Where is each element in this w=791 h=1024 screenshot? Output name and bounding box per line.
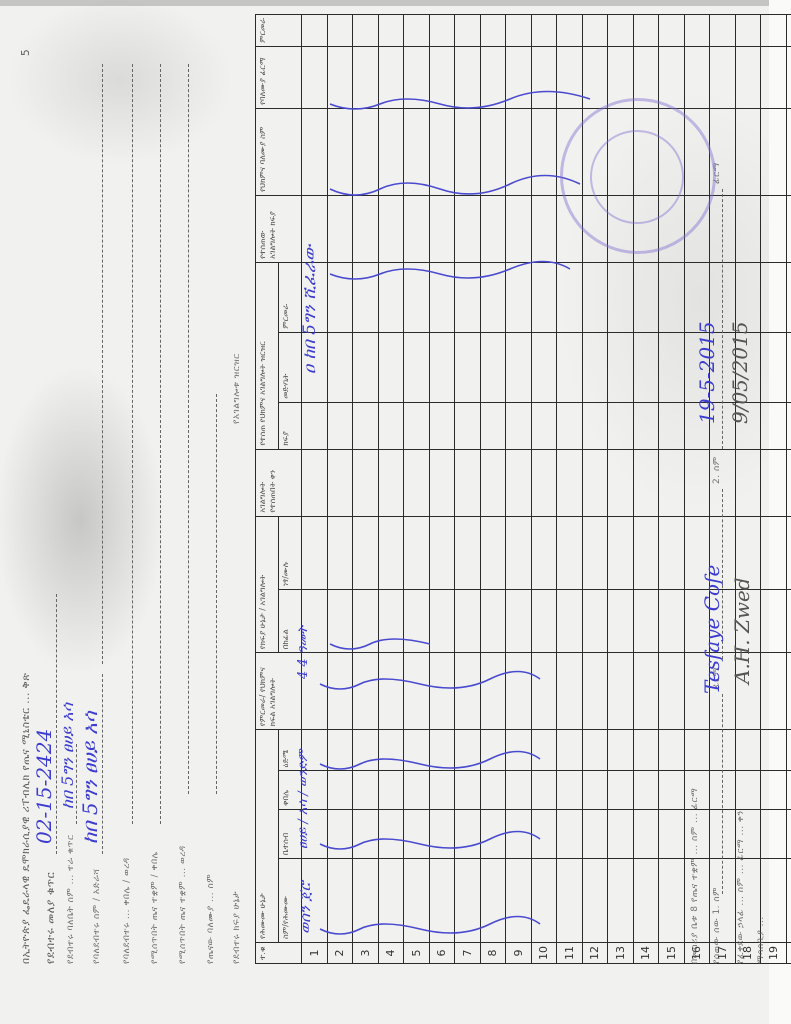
table-cell bbox=[659, 730, 685, 771]
table-cell bbox=[633, 402, 659, 449]
field-5-label: የሚሰጥበት ጤና ተቋም / ቀበሌ bbox=[150, 851, 160, 964]
table-cell bbox=[786, 402, 791, 449]
table-cell bbox=[684, 730, 710, 771]
table-cell bbox=[608, 332, 634, 402]
table-cell bbox=[761, 195, 787, 262]
subheader-free: ነፃ/ሙሉ bbox=[279, 516, 302, 589]
table-cell bbox=[633, 516, 659, 589]
field-6-line bbox=[188, 64, 189, 794]
header-practitioner-name: የህክምና ባለሙያ ስም bbox=[256, 108, 302, 195]
field-1-label: የደብተሩ መለያ ቁጥር bbox=[44, 872, 58, 964]
ditto-marks bbox=[300, 4, 600, 964]
table-cell bbox=[786, 262, 791, 332]
field-7-label: የጤናው ባለሙያ ... ስም bbox=[206, 874, 216, 964]
table-cell bbox=[786, 653, 791, 730]
header-service-fee: የተሰጠው አገልግሎት ክፍያ bbox=[256, 195, 302, 262]
table-cell bbox=[633, 590, 659, 653]
signature-2: A.H. Zwed bbox=[730, 577, 754, 684]
page-number: 5 bbox=[20, 49, 32, 56]
table-cell bbox=[786, 332, 791, 402]
table-cell bbox=[786, 859, 791, 943]
table-cell bbox=[735, 195, 761, 262]
row-number: 20 bbox=[786, 943, 791, 964]
table-cell bbox=[735, 449, 761, 516]
table-cell bbox=[735, 730, 761, 771]
table-cell bbox=[608, 859, 634, 943]
signature-1: Tesfaye Cofe bbox=[700, 565, 724, 694]
table-cell bbox=[761, 15, 787, 47]
table-cell bbox=[633, 262, 659, 332]
table-cell bbox=[761, 730, 787, 771]
field-3-line bbox=[102, 674, 103, 854]
field-7-line bbox=[216, 394, 217, 794]
table-cell bbox=[761, 590, 787, 653]
subheader-payment: ክፍያ bbox=[279, 402, 302, 449]
table-cell bbox=[761, 653, 787, 730]
table-cell bbox=[608, 730, 634, 771]
table-cell bbox=[761, 46, 787, 108]
table-cell bbox=[786, 730, 791, 771]
header-practitioner-signature: የባለሙያ ፊርማ bbox=[256, 46, 302, 108]
header-service-details: የተሰጠ የህክምና አገልግሎት ዝርዝር bbox=[256, 262, 279, 449]
table-cell bbox=[659, 809, 685, 858]
field-4-label: የባለደብተሩ ... ቀበሌ / ወረዳ bbox=[122, 857, 132, 964]
table-cell bbox=[786, 590, 791, 653]
section-label: የአገልግሎቱ ዝርዝር bbox=[232, 353, 242, 424]
table-cell bbox=[786, 809, 791, 858]
footer-line-4: ማሳሰቢያ ... bbox=[756, 916, 766, 964]
footer-line-2-dots-c bbox=[722, 189, 723, 449]
footer-line-2-dots-a bbox=[722, 694, 723, 894]
table-cell bbox=[659, 46, 685, 108]
field-1-line bbox=[56, 594, 57, 854]
field-6-label: የሚሰጥበት ጤና ተቋም ... ወረዳ bbox=[178, 845, 188, 964]
field-5-line bbox=[160, 64, 161, 824]
table-cell bbox=[659, 449, 685, 516]
table-cell bbox=[659, 859, 685, 943]
row-number: 13 bbox=[608, 943, 634, 964]
date-1: 19-5-2015 bbox=[695, 321, 719, 424]
table-cell bbox=[633, 771, 659, 809]
footer-line-3: የፈቀደው ኃላፊ ... ስም ... ፊርማ ... ቀን bbox=[736, 810, 746, 964]
header-patient: የሕሙሙ ሁኔታ bbox=[256, 730, 279, 943]
table-cell bbox=[608, 15, 634, 47]
table-cell bbox=[608, 262, 634, 332]
table-cell bbox=[786, 516, 791, 589]
table-row: 19 bbox=[761, 15, 787, 964]
table-cell bbox=[659, 771, 685, 809]
table-cell bbox=[735, 15, 761, 47]
field-2-value: ከበ 5ግን ፀሀይ አሳ bbox=[58, 703, 78, 809]
table-cell bbox=[684, 46, 710, 108]
table-cell bbox=[659, 590, 685, 653]
table-cell bbox=[633, 449, 659, 516]
table-cell bbox=[608, 809, 634, 858]
table-cell bbox=[633, 859, 659, 943]
table-cell bbox=[786, 771, 791, 809]
table-cell bbox=[786, 195, 791, 262]
header-remarks: ምርመራ bbox=[256, 15, 302, 47]
field-4-line bbox=[132, 64, 133, 824]
table-cell bbox=[761, 108, 787, 195]
table-cell bbox=[659, 332, 685, 402]
table-cell bbox=[633, 15, 659, 47]
table-cell bbox=[761, 402, 787, 449]
header-row-number: ተ.ቁ bbox=[256, 943, 302, 964]
subheader-exam: ምርመራ bbox=[279, 262, 302, 332]
table-cell bbox=[735, 46, 761, 108]
official-stamp-inner bbox=[590, 130, 684, 224]
date-2: 9/05/2015 bbox=[728, 321, 752, 424]
field-8-label: የደብተሩ ክፍያ ሁኔታ bbox=[232, 891, 242, 964]
table-cell bbox=[659, 15, 685, 47]
field-2-label: የደብተሩ ባለቤት ስም ... ተራ ቁጥር bbox=[66, 835, 76, 964]
table-cell bbox=[659, 516, 685, 589]
table-cell bbox=[735, 771, 761, 809]
table-cell bbox=[735, 108, 761, 195]
field-3-line-ext bbox=[102, 64, 103, 664]
subheader-medicine: መድሃኒት bbox=[279, 332, 302, 402]
footer-line-2-label: የሰጠው ሰው 1. ስም bbox=[712, 887, 722, 964]
table-cell bbox=[659, 402, 685, 449]
footer-line-1: በመስሪያ ቤቱ 8 የጤና ተቋም ... ስም ... ፊርማ bbox=[690, 788, 700, 964]
field-1-value: 02-15-2424 bbox=[32, 729, 56, 844]
header-exam-service: የምርመራ/ የህክምና ክፍል አገልግሎት bbox=[256, 653, 302, 730]
table-cell bbox=[761, 771, 787, 809]
footer-line-2-name2: 2. ስም bbox=[712, 456, 722, 484]
table-cell bbox=[786, 46, 791, 108]
table-cell bbox=[761, 516, 787, 589]
table-cell bbox=[786, 15, 791, 47]
table-cell bbox=[786, 108, 791, 195]
table-cell bbox=[608, 449, 634, 516]
table-cell bbox=[761, 449, 787, 516]
table-cell bbox=[608, 516, 634, 589]
table-cell bbox=[761, 332, 787, 402]
table-cell bbox=[786, 449, 791, 516]
table-cell bbox=[710, 15, 736, 47]
table-cell bbox=[633, 730, 659, 771]
header-payment-status: የክፍያ ሁኔታ / አገልግሎት bbox=[256, 516, 279, 653]
table-cell bbox=[710, 46, 736, 108]
table-cell bbox=[659, 262, 685, 332]
table-header-row: ተ.ቁ የሕሙሙ ሁኔታ የምርመራ/ የህክምና ክፍል አገልግሎት የክፍ… bbox=[256, 15, 279, 964]
table-cell bbox=[684, 449, 710, 516]
header-service-date: አገልግሎት የተሰጠበት ቀን bbox=[256, 449, 302, 516]
table-cell bbox=[633, 809, 659, 858]
table-cell bbox=[608, 590, 634, 653]
rotated-form-page: በኢትዮጵያ ፌዴራላዊ ዴሞክራሲያዊ ሪፐብሊክ የጤና ሚኒስቴር ...… bbox=[0, 0, 770, 1024]
row-number: 15 bbox=[659, 943, 685, 964]
field-3-label: የባለደብተሩ ስም / አድራሻ bbox=[92, 869, 102, 964]
table-cell bbox=[659, 653, 685, 730]
field-3-value: ከበ 5ግን ፀሀይ አሳ bbox=[78, 711, 102, 844]
table-cell bbox=[761, 262, 787, 332]
table-row: 20 bbox=[786, 15, 791, 964]
table-cell bbox=[608, 402, 634, 449]
table-cell bbox=[684, 15, 710, 47]
table-cell bbox=[761, 809, 787, 858]
table-cell bbox=[633, 332, 659, 402]
table-cell bbox=[608, 771, 634, 809]
table-cell bbox=[633, 653, 659, 730]
table-cell bbox=[608, 653, 634, 730]
row-number: 14 bbox=[633, 943, 659, 964]
